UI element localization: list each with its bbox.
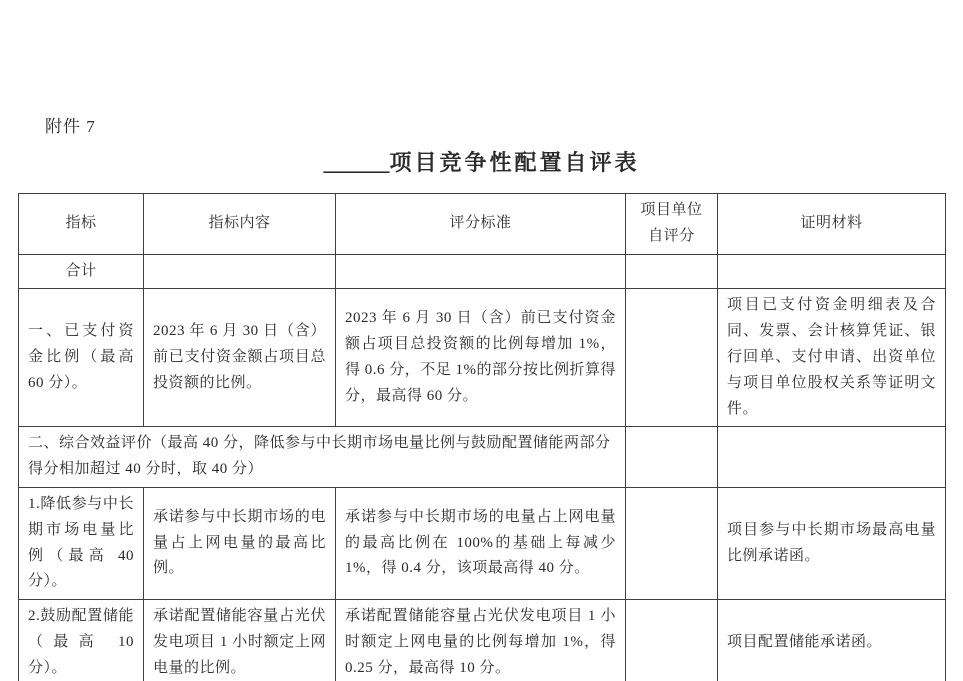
header-self-score-line2: 自评分 [630, 224, 713, 250]
evaluation-table: 指标 指标内容 评分标准 项目单位 自评分 证明材料 合计 一、已支付资金比例（… [18, 193, 946, 681]
table-header-row: 指标 指标内容 评分标准 项目单位 自评分 证明材料 [19, 194, 946, 255]
header-indicator: 指标 [19, 194, 144, 255]
header-content: 指标内容 [144, 194, 336, 255]
document-title: ______项目竞争性配置自评表 [0, 146, 963, 177]
header-evidence: 证明材料 [718, 194, 946, 255]
cell-market-ratio-evidence: 项目参与中长期市场最高电量比例承诺函。 [718, 487, 946, 599]
title-blank-line: ______ [323, 150, 389, 175]
cell-storage-evidence: 项目配置储能承诺函。 [718, 600, 946, 681]
cell-total-evidence [718, 254, 946, 289]
header-self-score: 项目单位 自评分 [626, 194, 718, 255]
cell-paid-ratio-content: 2023 年 6 月 30 日（含）前已支付资金额占项目总投资额的比例。 [144, 289, 336, 427]
cell-storage-criteria: 承诺配置储能容量占光伏发电项目 1 小时额定上网电量的比例每增加 1%，得 0.… [336, 600, 626, 681]
header-criteria: 评分标准 [336, 194, 626, 255]
cell-total-indicator: 合计 [19, 254, 144, 289]
table-row-section2: 二、综合效益评价（最高 40 分，降低参与中长期市场电量比例与鼓励配置储能两部分… [19, 427, 946, 488]
table-row-market-ratio: 1.降低参与中长期市场电量比例（最高 40 分）。 承诺参与中长期市场的电量占上… [19, 487, 946, 599]
attachment-label: 附件 7 [45, 112, 96, 137]
cell-storage-indicator: 2.鼓励配置储能（最高 10 分）。 [19, 600, 144, 681]
cell-section2-label: 二、综合效益评价（最高 40 分，降低参与中长期市场电量比例与鼓励配置储能两部分… [19, 427, 626, 488]
cell-market-ratio-indicator: 1.降低参与中长期市场电量比例（最高 40 分）。 [19, 487, 144, 599]
cell-total-criteria [336, 254, 626, 289]
cell-paid-ratio-evidence: 项目已支付资金明细表及合同、发票、会计核算凭证、银行回单、支付申请、出资单位与项… [718, 289, 946, 427]
cell-total-content [144, 254, 336, 289]
header-self-score-line1: 项目单位 [630, 198, 713, 224]
table-row-storage: 2.鼓励配置储能（最高 10 分）。 承诺配置储能容量占光伏发电项目 1 小时额… [19, 600, 946, 681]
cell-paid-ratio-criteria: 2023 年 6 月 30 日（含）前已支付资金额占项目总投资额的比例每增加 1… [336, 289, 626, 427]
cell-section2-evidence [718, 427, 946, 488]
cell-storage-content: 承诺配置储能容量占光伏发电项目 1 小时额定上网电量的比例。 [144, 600, 336, 681]
cell-paid-ratio-self-score [626, 289, 718, 427]
table-row-total: 合计 [19, 254, 946, 289]
cell-paid-ratio-indicator: 一、已支付资金比例（最高 60 分）。 [19, 289, 144, 427]
cell-section2-self-score [626, 427, 718, 488]
cell-market-ratio-self-score [626, 487, 718, 599]
title-text: 项目竞争性配置自评表 [389, 150, 639, 175]
table-row-paid-ratio: 一、已支付资金比例（最高 60 分）。 2023 年 6 月 30 日（含）前已… [19, 289, 946, 427]
cell-storage-self-score [626, 600, 718, 681]
cell-total-self-score [626, 254, 718, 289]
cell-market-ratio-content: 承诺参与中长期市场的电量占上网电量的最高比例。 [144, 487, 336, 599]
document-page: 附件 7 ______项目竞争性配置自评表 指标 指标内容 评分标准 项目单位 … [0, 0, 963, 681]
cell-market-ratio-criteria: 承诺参与中长期市场的电量占上网电量的最高比例在 100%的基础上每减少 1%，得… [336, 487, 626, 599]
